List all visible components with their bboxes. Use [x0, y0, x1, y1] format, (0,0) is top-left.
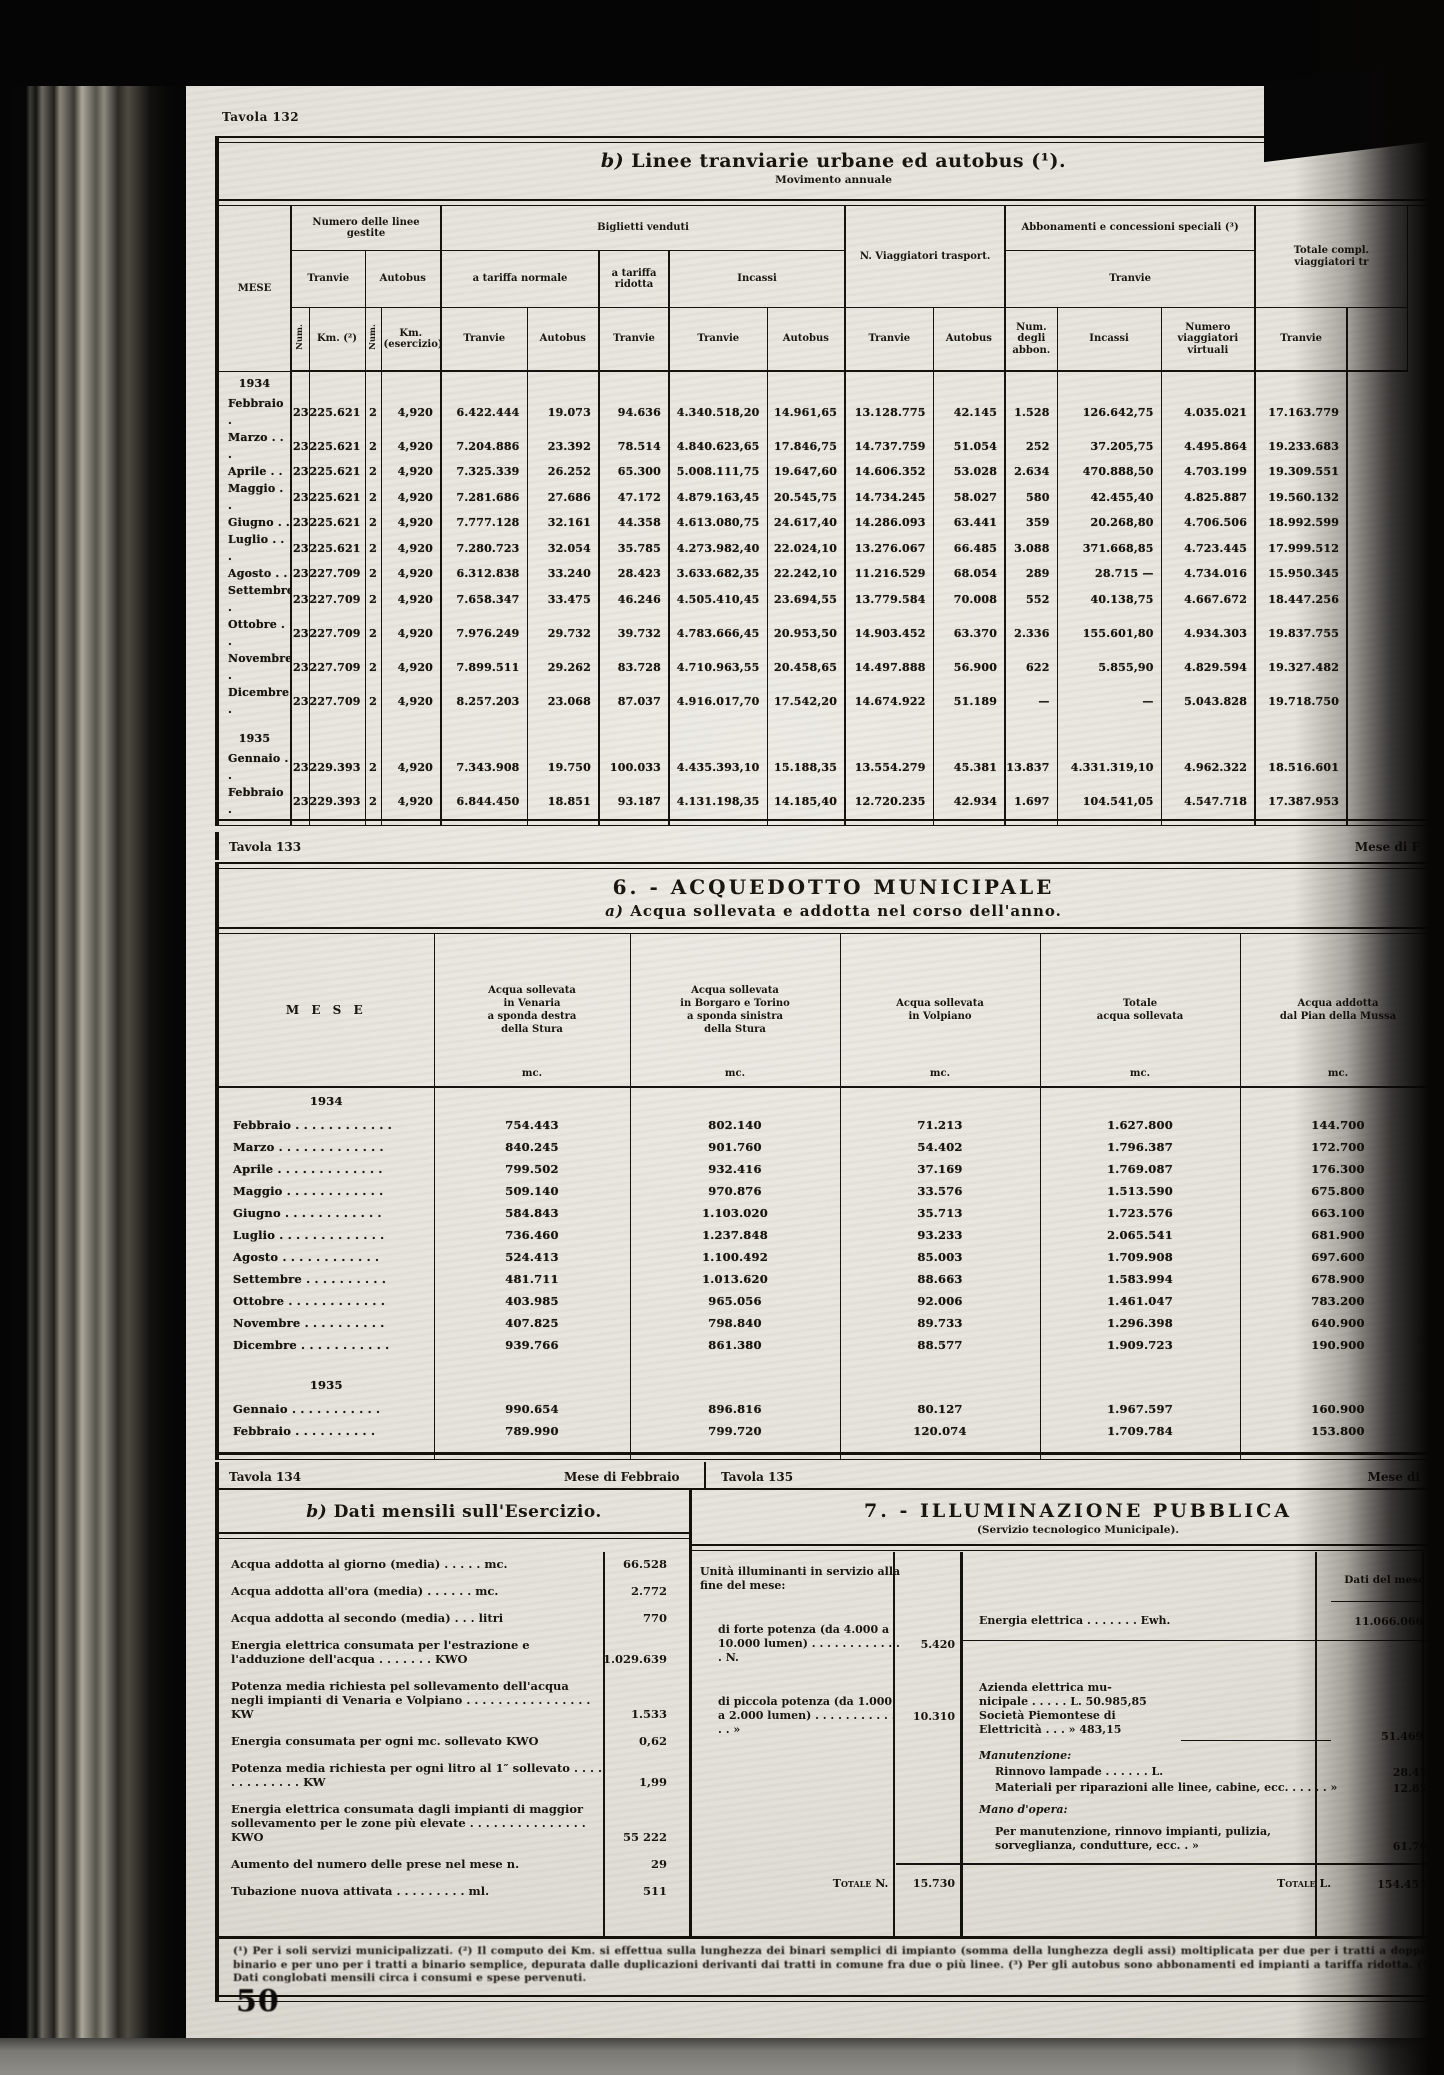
- col-bn-autobus: Autobus: [527, 308, 599, 372]
- cell: 44.358: [599, 514, 669, 531]
- tranvie-table: MESE Numero delle linee gestite Bigliett…: [219, 206, 1408, 826]
- table-row: Ottobre . . . . . . . . . . . . 403.985 …: [219, 1290, 1444, 1312]
- cell: 1.796.387: [1040, 1136, 1240, 1158]
- cell: 1.967.597: [1040, 1398, 1240, 1420]
- cell: 4.613.080,75: [669, 514, 767, 531]
- cell: 7.280.723: [441, 531, 527, 565]
- cell: 3.088: [1005, 531, 1057, 565]
- cell: 42.145: [933, 395, 1005, 429]
- cell: 14.734.245: [845, 480, 933, 514]
- cell: 4.734.016: [1161, 565, 1255, 582]
- col-venaria: Acqua sollevata in Venaria a sponda dest…: [434, 934, 630, 1087]
- cell: 990.654: [434, 1398, 630, 1420]
- group-linee-gestite: Numero delle linee gestite: [291, 206, 441, 251]
- cell: 19.309.551: [1255, 463, 1347, 480]
- cell: 14.286.093: [845, 514, 933, 531]
- cell: 861.380: [630, 1334, 840, 1356]
- dati-value: 770: [603, 1611, 689, 1625]
- cell: 45.381: [933, 750, 1005, 784]
- dati-value: 29: [603, 1857, 689, 1871]
- cell: 71.213: [840, 1114, 1040, 1136]
- cell: 2: [365, 463, 381, 480]
- cell: 18.992.599: [1255, 514, 1347, 531]
- col-num-abbonati: Num. degli abbon.: [1005, 308, 1057, 372]
- cell: 126.642,75: [1057, 395, 1161, 429]
- cell: 4.916.017,70: [669, 684, 767, 718]
- cell-mese: Giugno . . . . . . . . . . . .: [219, 1202, 434, 1224]
- cell-cut: [1347, 395, 1407, 429]
- cell: 19.327.482: [1255, 650, 1347, 684]
- cell: 225.621: [309, 395, 365, 429]
- cell: 840.245: [434, 1136, 630, 1158]
- col-totale-sollevata: Totale acqua sollevatamc.: [1040, 934, 1240, 1087]
- dati-row: Acqua addotta al secondo (media) . . . l…: [219, 1611, 689, 1625]
- unit-mc: mc.: [1041, 1067, 1240, 1080]
- cell: 2: [365, 582, 381, 616]
- cell: Ottobre . .: [219, 616, 291, 650]
- cell: 33.475: [527, 582, 599, 616]
- cell: 2.065.541: [1040, 1224, 1240, 1246]
- cell: 901.760: [630, 1136, 840, 1158]
- cell: 7.899.511: [441, 650, 527, 684]
- cell: 19.233.683: [1255, 429, 1347, 463]
- table-row: Febbraio . . . . . . . . . . 789.990 799…: [219, 1420, 1444, 1442]
- cell: 46.246: [599, 582, 669, 616]
- cell: 799.720: [630, 1420, 840, 1442]
- cell: 19.560.132: [1255, 480, 1347, 514]
- cell: 359: [1005, 514, 1057, 531]
- unit-mc: mc.: [841, 1067, 1040, 1080]
- cell: 227.709: [309, 565, 365, 582]
- cell: 2: [365, 531, 381, 565]
- cell: 4,920: [381, 784, 441, 818]
- rule: [219, 1532, 689, 1539]
- spacer-row: [219, 718, 1407, 727]
- cell: 20.953,50: [767, 616, 845, 650]
- cell-cut: 2.244.2: [1436, 1290, 1444, 1312]
- half-divider-rule: [960, 1552, 963, 1936]
- cell: 7.777.128: [441, 514, 527, 531]
- col-volpiano-label: Acqua sollevata in Volpiano: [845, 997, 1036, 1023]
- cell: 23: [291, 480, 309, 514]
- cell: 4.340.518,20: [669, 395, 767, 429]
- cell: 23: [291, 616, 309, 650]
- cell: 1.013.620: [630, 1268, 840, 1290]
- dati-label: Acqua addotta al giorno (media) . . . . …: [219, 1557, 603, 1571]
- cell: 104.541,05: [1057, 784, 1161, 818]
- cell: 5.008.111,75: [669, 463, 767, 480]
- cell: 1.237.848: [630, 1224, 840, 1246]
- materiali-label: Materiali per riparazioni alle linee, ca…: [963, 1781, 1347, 1795]
- cell: 8.257.203: [441, 684, 527, 718]
- cell: 4.703.199: [1161, 463, 1255, 480]
- scan-top-black-band: [0, 0, 1444, 86]
- cell: 2.336: [1005, 616, 1057, 650]
- cell: 40.138,75: [1057, 582, 1161, 616]
- col-pian-mussa: Acqua addotta dal Pian della Mussamc.: [1240, 934, 1436, 1087]
- column-header-row: Dati del mese: [963, 1551, 1444, 1602]
- table-row: Dicembre . . . . . . . . . . . 939.766 8…: [219, 1334, 1444, 1356]
- unita-row: di piccola potenza (da 1.000 a 2.000 lum…: [692, 1695, 963, 1737]
- cell: 6.422.444: [441, 395, 527, 429]
- cell: 29.262: [527, 650, 599, 684]
- cell: 92.006: [840, 1290, 1040, 1312]
- cell: 94.636: [599, 395, 669, 429]
- cell: 13.554.279: [845, 750, 933, 784]
- rows-1934: Febbraio .23 225.6212 4,9206.422.444 19.…: [219, 395, 1407, 718]
- subgroup-tariffa-normale: a tariffa normale: [441, 251, 599, 308]
- title-prefix: b): [601, 150, 624, 172]
- subgroup-tranvie: Tranvie: [291, 251, 365, 308]
- col-inc-tranvie: Tranvie: [669, 308, 767, 372]
- cell: 155.601,80: [1057, 616, 1161, 650]
- cell: 14.674.922: [845, 684, 933, 718]
- cell: 32.161: [527, 514, 599, 531]
- cell: Agosto . .: [219, 565, 291, 582]
- cell: Giugno . .: [219, 514, 291, 531]
- cell: Aprile . .: [219, 463, 291, 480]
- cell: 1.723.576: [1040, 1202, 1240, 1224]
- title-text: Linee tranviarie urbane ed autobus (¹).: [631, 150, 1066, 172]
- unita-row: di forte potenza (da 4.000 a 10.000 lume…: [692, 1623, 963, 1665]
- cell: 42.934: [933, 784, 1005, 818]
- materiali-row: Materiali per riparazioni alle linee, ca…: [963, 1781, 1444, 1795]
- unita-illuminanti-block: Unità illuminanti in servizio alla fine …: [692, 1551, 963, 1903]
- cell-mese: Ottobre . . . . . . . . . . . .: [219, 1290, 434, 1312]
- rule: [219, 199, 1444, 206]
- year-row: 1935: [219, 727, 1407, 750]
- col-br-tranvie: Tranvie: [599, 308, 669, 372]
- cell: 6.844.450: [441, 784, 527, 818]
- cell: 80.127: [840, 1398, 1040, 1420]
- rotated-num-label: Num.: [368, 324, 380, 350]
- dati-row: Aumento del numero delle prese nel mese …: [219, 1857, 689, 1871]
- col-mese: M E S E: [219, 934, 434, 1087]
- cell: 19.837.755: [1255, 616, 1347, 650]
- cell-cut: [1347, 463, 1407, 480]
- mano-opera-value: 61.704,50: [1347, 1840, 1444, 1853]
- unita-items: di forte potenza (da 4.000 a 10.000 lume…: [692, 1593, 963, 1737]
- mano-opera-heading: Mano d'opera:: [963, 1803, 1331, 1817]
- cell: 88.577: [840, 1334, 1040, 1356]
- col-abb-incassi: Incassi: [1057, 308, 1161, 372]
- cell: 229.393: [309, 784, 365, 818]
- unit-mc: mc.: [435, 1067, 630, 1080]
- cell: 2: [365, 784, 381, 818]
- cell: 783.200: [1240, 1290, 1436, 1312]
- cell: 6.312.838: [441, 565, 527, 582]
- table-row: Giugno . .23 225.6212 4,9207.777.128 32.…: [219, 514, 1407, 531]
- dati-value: 0,62: [603, 1734, 689, 1748]
- table-row: Maggio . .23 225.6212 4,9207.281.686 27.…: [219, 480, 1407, 514]
- cell: 22.242,10: [767, 565, 845, 582]
- cell: 89.733: [840, 1312, 1040, 1334]
- table-row: Ottobre . .23 227.7092 4,9207.976.249 29…: [219, 616, 1407, 650]
- col-borgaro-label: Acqua sollevata in Borgaro e Torino a sp…: [635, 984, 836, 1036]
- dati-row: Energia consumata per ogni mc. sollevato…: [219, 1734, 689, 1748]
- dati-row: Acqua addotta al giorno (media) . . . . …: [219, 1557, 689, 1571]
- strip-tavole-134-135: Tavola 134 Mese di Febbraio Tavola 135 M…: [219, 1462, 1444, 1488]
- cell-cut: 2.262.8: [1436, 1268, 1444, 1290]
- col-pian-mussa-label: Acqua addotta dal Pian della Mussa: [1245, 997, 1432, 1023]
- cell: 7.343.908: [441, 750, 527, 784]
- cell: Maggio . .: [219, 480, 291, 514]
- cell: 4,920: [381, 463, 441, 480]
- cell: 23: [291, 750, 309, 784]
- year-label: 1934: [219, 1087, 434, 1114]
- col-cut: [1347, 308, 1407, 372]
- cell: 4,920: [381, 429, 441, 463]
- cell: 1.100.492: [630, 1246, 840, 1268]
- col-km-esercizio: Km. (esercizio): [381, 308, 441, 372]
- cell: 970.876: [630, 1180, 840, 1202]
- table-row: Agosto . .23 227.7092 4,9206.312.838 33.…: [219, 565, 1407, 582]
- cell: 54.402: [840, 1136, 1040, 1158]
- cell-mese: Dicembre . . . . . . . . . . .: [219, 1334, 434, 1356]
- tavola-132-label: Tavola 132: [222, 110, 299, 124]
- table-row: Marzo . . .23 225.6212 4,9207.204.886 23…: [219, 429, 1407, 463]
- spacer-row: [219, 1442, 1444, 1453]
- cell: 47.172: [599, 480, 669, 514]
- cell: 17.163.779: [1255, 395, 1347, 429]
- table-row: Settembre . . . . . . . . . . 481.711 1.…: [219, 1268, 1444, 1290]
- illuminazione-box: 7. - ILLUMINAZIONE PUBBLICA (Servizio te…: [692, 1490, 1444, 1936]
- cell: Novembre .: [219, 650, 291, 684]
- cell: 87.037: [599, 684, 669, 718]
- materiali-value: 12.853,45: [1347, 1782, 1444, 1795]
- cell: 524.413: [434, 1246, 630, 1268]
- cell: 172.700: [1240, 1136, 1436, 1158]
- cell: 35.785: [599, 531, 669, 565]
- cell: 4.035.021: [1161, 395, 1255, 429]
- sum-rule: [1181, 1740, 1331, 1741]
- unit-mc: mc.: [1241, 1067, 1436, 1080]
- cell: 4.829.594: [1161, 650, 1255, 684]
- cell: 27.686: [527, 480, 599, 514]
- cell: —: [1057, 684, 1161, 718]
- table-row: Giugno . . . . . . . . . . . . 584.843 1…: [219, 1202, 1444, 1224]
- cell: 697.600: [1240, 1246, 1436, 1268]
- group-totale-viaggiatori: Totale compl. viaggiatori tr: [1255, 206, 1407, 308]
- col-tot-tranvie: Tranvie: [1255, 308, 1347, 372]
- mano-opera-label: Per manutenzione, rinnovo impianti, puli…: [963, 1825, 1347, 1853]
- cell-mese: Maggio . . . . . . . . . . . .: [219, 1180, 434, 1202]
- col-km-tranvie: Km. (²): [309, 308, 365, 372]
- dati-label: Potenza media richiesta pel sollevamento…: [219, 1679, 603, 1721]
- cell-cut: [1347, 514, 1407, 531]
- dati-mensili-box: b) Dati mensili sull'Esercizio. Acqua ad…: [219, 1490, 692, 1936]
- cell: 42.455,40: [1057, 480, 1161, 514]
- cell: 18.447.256: [1255, 582, 1347, 616]
- rule: [219, 1453, 1444, 1460]
- cell: 584.843: [434, 1202, 630, 1224]
- value-column-rule: [603, 1552, 605, 1936]
- cell: 2.634: [1005, 463, 1057, 480]
- cell: 88.663: [840, 1268, 1040, 1290]
- acqua-rows-1935: Gennaio . . . . . . . . . . . 990.654 89…: [219, 1398, 1444, 1442]
- cell: 19.073: [527, 395, 599, 429]
- cell: 580: [1005, 480, 1057, 514]
- unita-illuminanti-heading: Unità illuminanti in servizio alla fine …: [692, 1551, 915, 1593]
- cell-cut: [1347, 429, 1407, 463]
- footnotes-block: (¹) Per i soli servizi municipalizzati. …: [219, 1936, 1444, 2002]
- cell: 32.054: [527, 531, 599, 565]
- cell: 93.233: [840, 1224, 1040, 1246]
- cell: 470.888,50: [1057, 463, 1161, 480]
- year-label: 1935: [219, 1372, 434, 1398]
- cell-cut: 2.103.6: [1436, 1334, 1444, 1356]
- divider: [704, 1462, 706, 1488]
- cell: 12.720.235: [845, 784, 933, 818]
- manutenzione-heading-row: Manutenzione:: [963, 1749, 1444, 1763]
- cell-cut: [1347, 616, 1407, 650]
- cell: 227.709: [309, 650, 365, 684]
- year-row: 1934: [219, 371, 1407, 395]
- cell-cut: 2.386.6: [1436, 1202, 1444, 1224]
- cell: 1.528: [1005, 395, 1057, 429]
- dati-label: Tubazione nuova attivata . . . . . . . .…: [219, 1884, 603, 1898]
- group-viaggiatori-trasportati: N. Viaggiatori trasport.: [845, 206, 1005, 308]
- cell: 160.900: [1240, 1398, 1436, 1420]
- cell: 2: [365, 514, 381, 531]
- cell: 29.732: [527, 616, 599, 650]
- cell: 4.840.623,65: [669, 429, 767, 463]
- spese-total-row: Totale L. 154.451,05: [963, 1863, 1444, 1903]
- cell: 7.281.686: [441, 480, 527, 514]
- cell: 1.627.800: [1040, 1114, 1240, 1136]
- cell: 681.900: [1240, 1224, 1436, 1246]
- cell: 56.900: [933, 650, 1005, 684]
- cell: 13.837: [1005, 750, 1057, 784]
- acquedotto-subtitle: Acqua sollevata e addotta nel corso dell…: [630, 902, 1062, 920]
- cell: 26.252: [527, 463, 599, 480]
- unita-total-label: Totale N.: [692, 1877, 896, 1890]
- rule: [219, 136, 1444, 143]
- table-tranvie-subtitle: Movimento annuale: [219, 174, 1444, 186]
- dati-value: 1,99: [603, 1775, 689, 1789]
- cell: 4.131.198,35: [669, 784, 767, 818]
- dati-label: Energia elettrica consumata per l'estraz…: [219, 1638, 603, 1666]
- cell: 7.325.339: [441, 463, 527, 480]
- cell: 190.900: [1240, 1334, 1436, 1356]
- strip-tavola-133: Tavola 133 Mese di F: [215, 832, 1444, 860]
- cell: 68.054: [933, 565, 1005, 582]
- value-column-rule: [893, 1552, 895, 1936]
- cell: 798.840: [630, 1312, 840, 1334]
- table-row: Febbraio .23 229.3932 4,9206.844.450 18.…: [219, 784, 1407, 818]
- cell: 3.633.682,35: [669, 565, 767, 582]
- cell: 225.621: [309, 429, 365, 463]
- lampade-value: 28.453,50: [1347, 1766, 1444, 1779]
- cell: 4.273.982,40: [669, 531, 767, 565]
- dati-row: Potenza media richiesta pel sollevamento…: [219, 1679, 689, 1721]
- tranvie-table-header: MESE Numero delle linee gestite Bigliett…: [219, 206, 1407, 371]
- cell: 14.903.452: [845, 616, 933, 650]
- cell: 70.008: [933, 582, 1005, 616]
- cell: 14.606.352: [845, 463, 933, 480]
- cell: 4.723.445: [1161, 531, 1255, 565]
- cell: 23: [291, 531, 309, 565]
- unita-value: 5.420: [901, 1638, 963, 1651]
- table-row: Settembre .23 227.7092 4,9207.658.347 33…: [219, 582, 1407, 616]
- cell: 4.495.864: [1161, 429, 1255, 463]
- cell: 13.276.067: [845, 531, 933, 565]
- col-num-autobus: Num.: [365, 308, 381, 372]
- rule: [219, 819, 1444, 826]
- cell-cut: [1347, 750, 1407, 784]
- mano-opera-heading-row: Mano d'opera:: [963, 1795, 1444, 1817]
- cell: 7.976.249: [441, 616, 527, 650]
- cell: 13.779.584: [845, 582, 933, 616]
- cell: 66.485: [933, 531, 1005, 565]
- table-row: Febbraio .23 225.6212 4,9206.422.444 19.…: [219, 395, 1407, 429]
- cell: 939.766: [434, 1334, 630, 1356]
- cell: 176.300: [1240, 1158, 1436, 1180]
- cell: 14.737.759: [845, 429, 933, 463]
- table-row: Marzo . . . . . . . . . . . . . 840.245 …: [219, 1136, 1444, 1158]
- dati-label: Energia consumata per ogni mc. sollevato…: [219, 1734, 603, 1748]
- table-row: Agosto . . . . . . . . . . . . 524.413 1…: [219, 1246, 1444, 1268]
- cell: 2: [365, 429, 381, 463]
- cell: 14.497.888: [845, 650, 933, 684]
- cell: 4.706.506: [1161, 514, 1255, 531]
- cell: 754.443: [434, 1114, 630, 1136]
- aziende-subtotal: 51.469 —: [1331, 1730, 1444, 1743]
- cell: 4,920: [381, 395, 441, 429]
- dati-value: 55 222: [603, 1830, 689, 1844]
- rule: [219, 862, 1444, 869]
- table-row: Gennaio . .23 229.3932 4,9207.343.908 19…: [219, 750, 1407, 784]
- dati-value: 2.772: [603, 1584, 689, 1598]
- cell: 11.216.529: [845, 565, 933, 582]
- cell-cut: 1.945.3: [1436, 1158, 1444, 1180]
- cell-cut: [1347, 650, 1407, 684]
- subgroup-tariffa-ridotta: a tariffa ridotta: [599, 251, 669, 308]
- table-acquedotto-section: 6. - ACQUEDOTTO MUNICIPALE a) Acqua soll…: [215, 862, 1444, 1460]
- col-num-tranvie: Num.: [291, 308, 309, 372]
- rows-1935: Gennaio . .23 229.3932 4,9207.343.908 19…: [219, 750, 1407, 818]
- cell: 19.718.750: [1255, 684, 1347, 718]
- cell: 289: [1005, 565, 1057, 582]
- cell: 53.028: [933, 463, 1005, 480]
- group-abbonamenti: Abbonamenti e concessioni speciali (³): [1005, 206, 1255, 251]
- cell-mese: Novembre . . . . . . . . . .: [219, 1312, 434, 1334]
- cell: 4,920: [381, 514, 441, 531]
- cell: 23: [291, 582, 309, 616]
- value-column-rule: [1315, 1552, 1317, 1936]
- illuminazione-title: 7. - ILLUMINAZIONE PUBBLICA: [692, 1490, 1444, 1522]
- cell-cut: [1347, 531, 1407, 565]
- table-row: Novembre . . . . . . . . . . 407.825 798…: [219, 1312, 1444, 1334]
- cell: 4.934.303: [1161, 616, 1255, 650]
- cell: 1.909.723: [1040, 1334, 1240, 1356]
- cell: 23: [291, 684, 309, 718]
- cell: 2: [365, 650, 381, 684]
- table-row: Febbraio . . . . . . . . . . . . 754.443…: [219, 1114, 1444, 1136]
- cell: 678.900: [1240, 1268, 1436, 1290]
- cell: 23: [291, 784, 309, 818]
- cell: 1.697: [1005, 784, 1057, 818]
- cell: 225.621: [309, 463, 365, 480]
- cell-cut: 1.960.8: [1436, 1136, 1444, 1158]
- cell: 85.003: [840, 1246, 1040, 1268]
- cell: 802.140: [630, 1114, 840, 1136]
- tranvie-table-body: 1934: [219, 371, 1407, 395]
- cell: 407.825: [434, 1312, 630, 1334]
- cell: 93.187: [599, 784, 669, 818]
- unita-total-row: Totale N. 15.730: [692, 1863, 963, 1903]
- cell: 225.621: [309, 531, 365, 565]
